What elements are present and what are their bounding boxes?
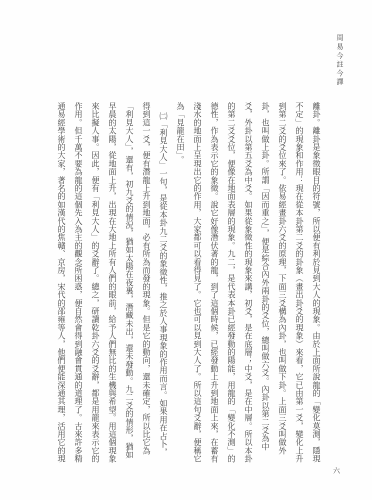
running-head-title: 周易今註今譯 bbox=[335, 34, 345, 87]
text-column: 爻，外卦以第五爻為中爻。如果從象徵性的現象來講，初爻，是在底層；中爻，是在中層。… bbox=[240, 102, 257, 462]
text-column: 早晨的太陽，從地面上升，出現在大地上所有人們的眼前，給予人們無比的生機與希望。用… bbox=[104, 102, 121, 462]
text-column: 不定」的現象和作用：現在從本卦第二爻的卦象（畫出卦爻的現象）來看，它已由第一爻，… bbox=[291, 102, 308, 462]
text-column: 德性，作為表示它的象徵。說它好像潛伏著的龍，到了這個時候，已經發動上升到地面上來… bbox=[206, 102, 223, 462]
text-column: 通易經學術的大家，著名的如漢代的焦贛、京房，宋代的邵雍等人，他們便能深通其理，活… bbox=[53, 102, 70, 462]
text-column-paragraph-start: ㈡「利見大人」一句，是從本卦九二爻的象徵性，推之於人事現象的作用而言。如果用在占… bbox=[155, 102, 172, 462]
text-column: 淺水的地面上呈現出它的作用，大家都可以看得見了。它也可以見到大人了。所以這句爻辭… bbox=[189, 102, 206, 462]
page-number: 六 bbox=[333, 466, 340, 476]
text-column: 到第二爻的爻位來了。依易經畫卦六爻的原理，下面三爻構為內卦，也叫做下卦。上面三爻… bbox=[274, 102, 291, 462]
text-column: 卦，也叫做上卦。所謂「因而重之」，便是綜合內外兩卦的爻位，總叫做六爻。內卦以第二… bbox=[257, 102, 274, 462]
text-column: 為「見龍在田」。 bbox=[172, 102, 189, 462]
text-column: 的第二爻爻位，便像在地面表層的現象。九二，是代表本卦已經發動的陽能，用龍的「變化… bbox=[223, 102, 240, 462]
text-column: 作用。但千萬不要為龍的這個先入為主的觀念所困惑，便自然會得到融會貫通的道理了。古… bbox=[70, 102, 87, 462]
text-column: 「利見大人」，還有，初九爻的情況，猶如太陽在夜裏，潛藏未出，還未發動。九二爻的情… bbox=[121, 102, 138, 462]
text-column: 得到這一爻，便有潛龍上升到地面，必有所為而發的現象。但是它的動向，還未確定，所以… bbox=[138, 102, 155, 462]
book-page: 周易今註今譯 離卦。離卦是象徵眼目的符號，所以便有利於見到大人的現象。由於上面所… bbox=[0, 0, 372, 500]
text-column: 來比擬人事。因此，便有「利見大人」的爻辭了。總之，研讀乾卦六爻的爻辭，都是用龍來… bbox=[87, 102, 104, 462]
main-text-block: 離卦。離卦是象徵眼目的符號，所以便有利於見到大人的現象。由於上面所說龍的「變化莫… bbox=[52, 102, 325, 462]
text-column: 離卦。離卦是象徵眼目的符號，所以便有利於見到大人的現象。由於上面所說龍的「變化莫… bbox=[308, 102, 325, 462]
